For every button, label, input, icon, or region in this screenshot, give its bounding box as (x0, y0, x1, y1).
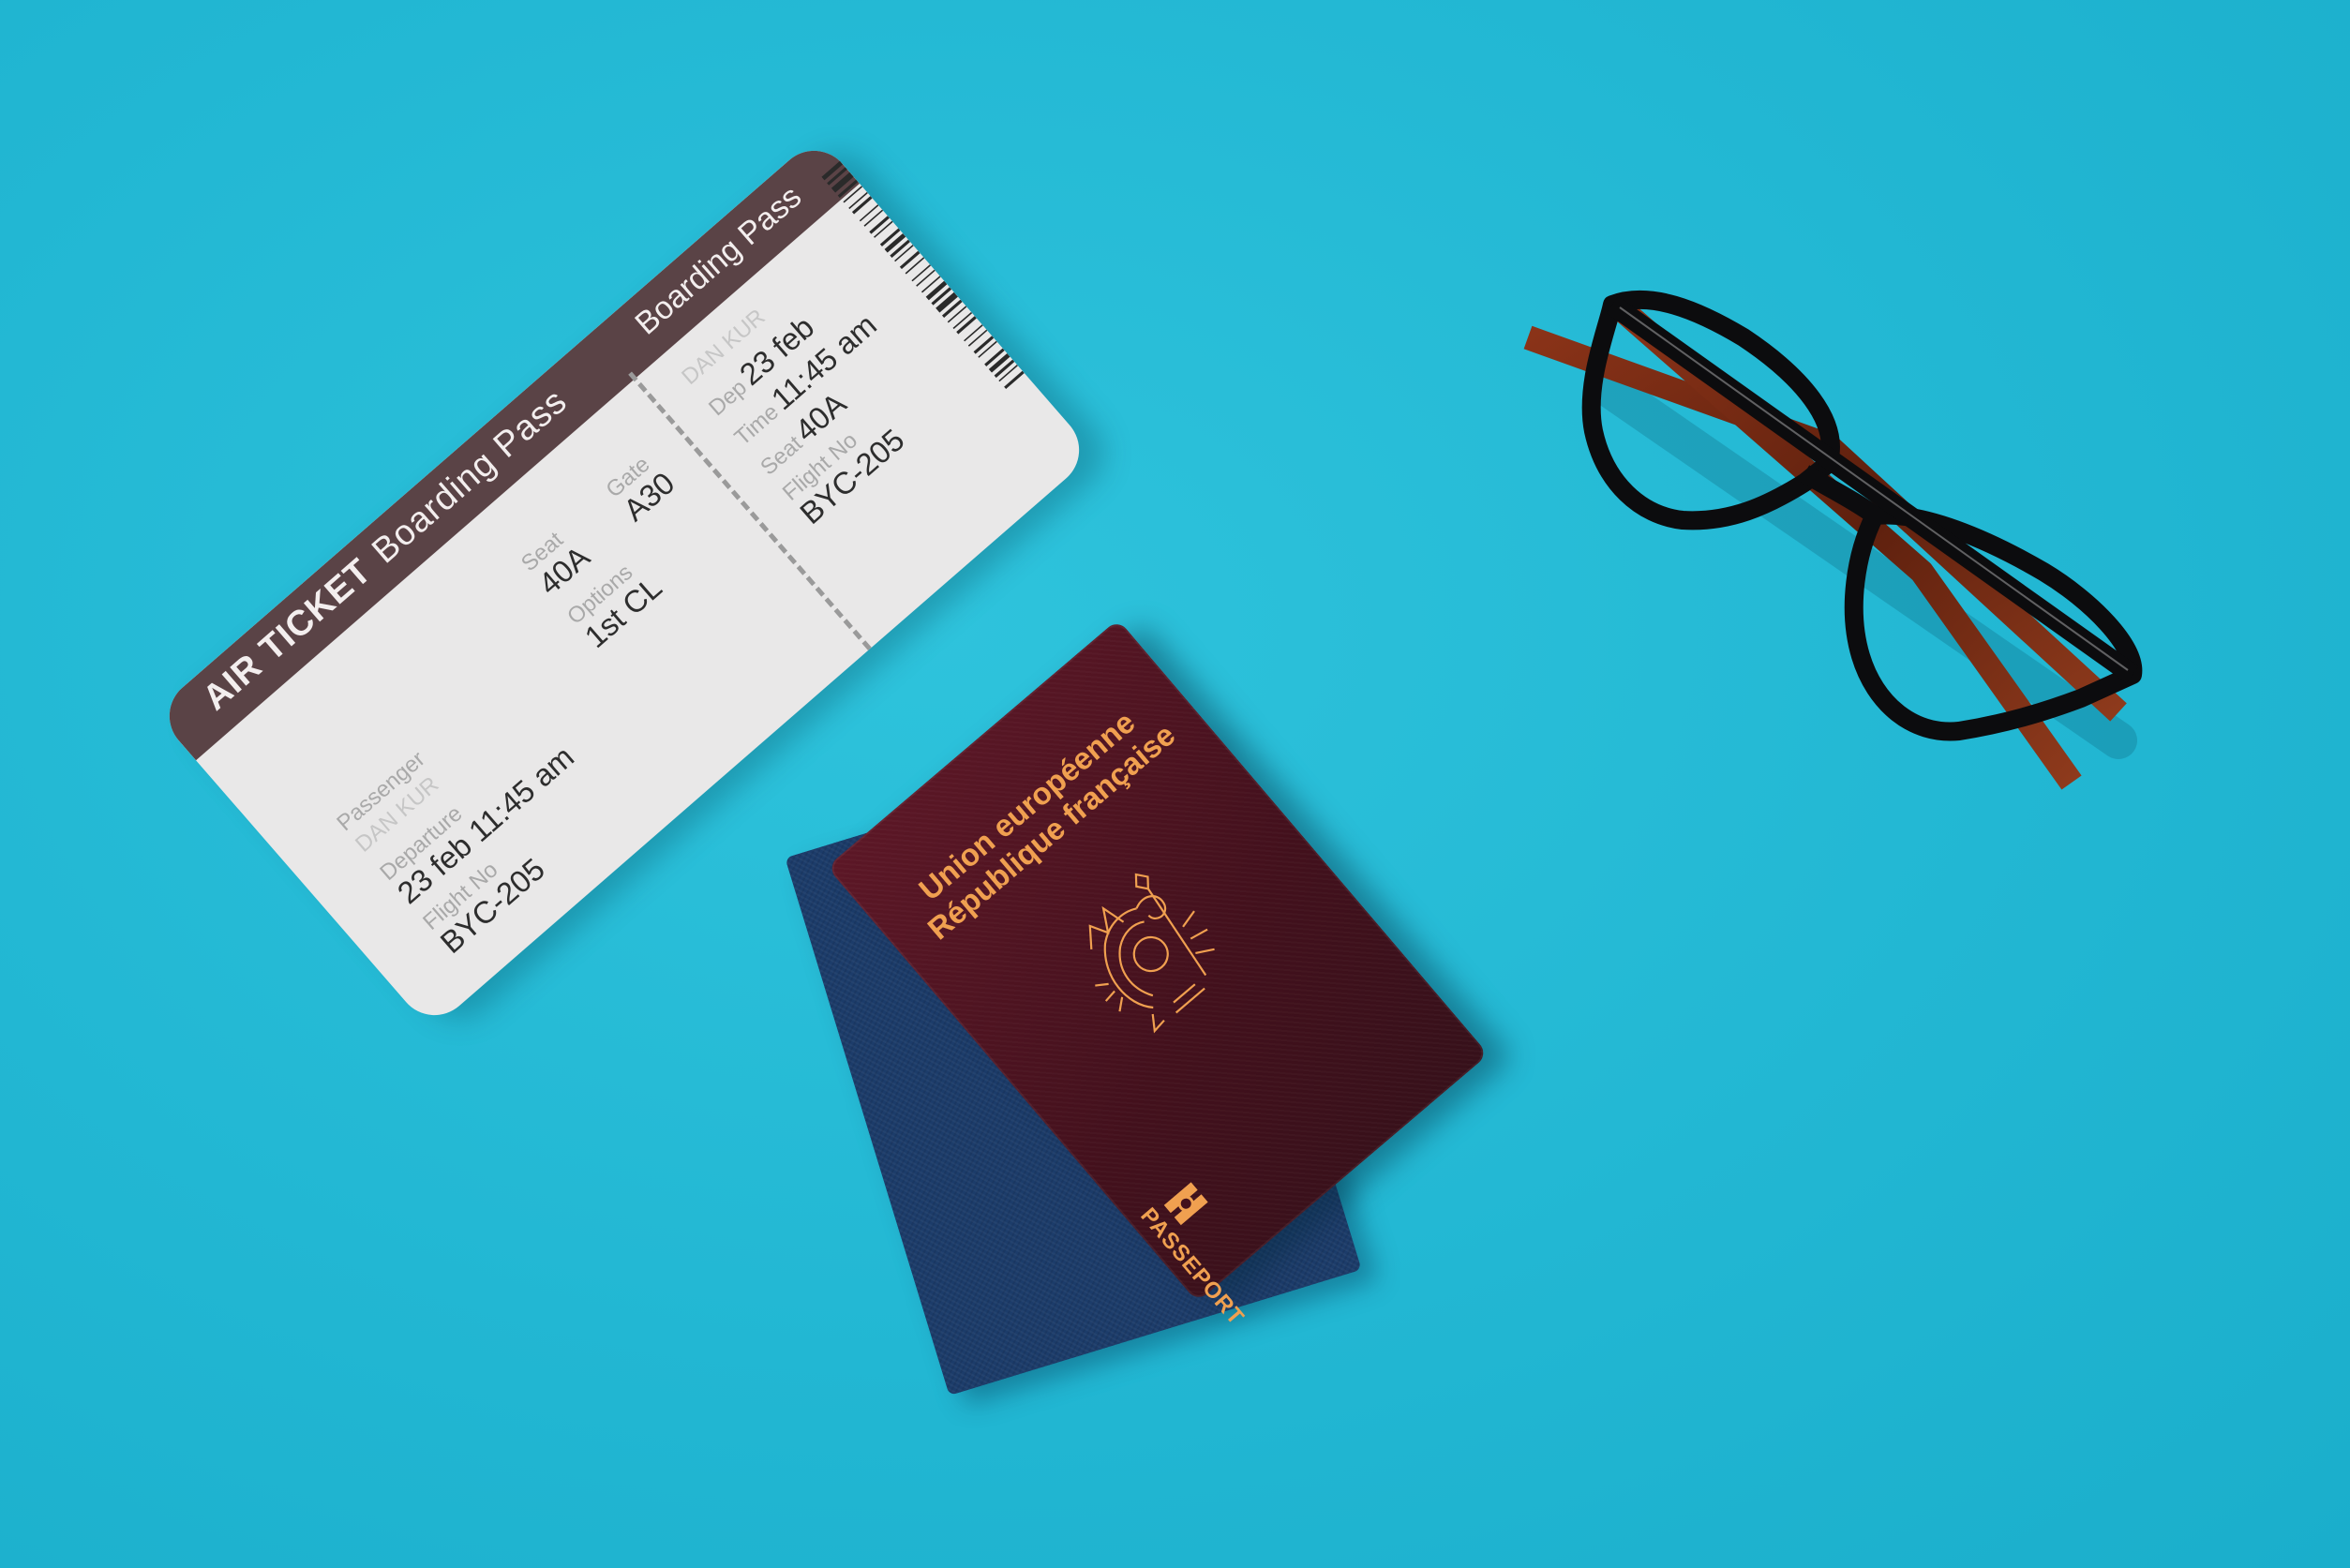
photo-scene: AIR TICKETBoarding Pass Boarding Pass Pa… (0, 0, 2350, 1568)
air-ticket-label: AIR TICKET (196, 551, 380, 718)
biometric-chip-icon (1164, 1182, 1208, 1225)
coat-of-arms-icon (1046, 848, 1250, 1053)
stub-header: Boarding Pass (628, 179, 808, 343)
gate-field: Gate A30 (602, 448, 681, 527)
ticket-header: AIR TICKETBoarding Pass (196, 381, 576, 719)
eyeglasses (1519, 272, 2156, 815)
seat-field: Seat 40A (517, 522, 596, 601)
ticket-header-band: AIR TICKETBoarding Pass Boarding Pass (154, 135, 860, 760)
